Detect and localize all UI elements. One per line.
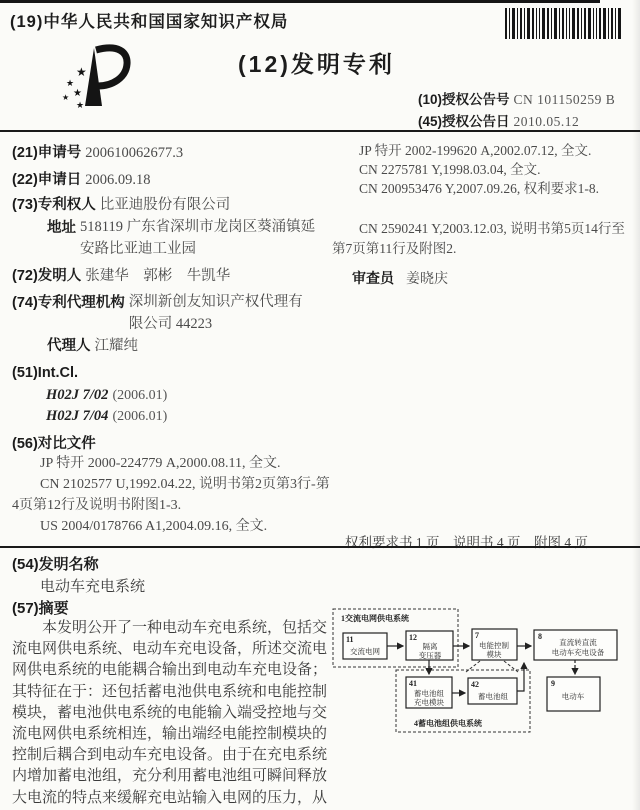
block-electric-vehicle-number: 9 (551, 679, 555, 688)
scan-top-edge-line (0, 0, 600, 3)
block-ac-grid-label: 交流电网 (350, 646, 380, 656)
int-cl-code-1: H02J 7/02 (46, 387, 108, 403)
block-power-control-module-number: 7 (475, 631, 479, 640)
application-number-row: (21)申请号 200610062677.3 (12, 141, 183, 162)
application-number-label: (21)申请号 (12, 145, 81, 161)
patent-office-line: (19)中华人民共和国国家知识产权局 (10, 8, 288, 32)
block-battery-charging-module-label-1: 蓄电池组 (414, 688, 444, 698)
body-divider-rule (0, 546, 640, 548)
int-cl-label: (51)Int.Cl. (12, 365, 78, 381)
agent-value: 江耀纯 (95, 338, 139, 354)
inventors-label: (72)发明人 (12, 268, 81, 284)
address-label: 地址 (47, 220, 76, 236)
invention-title-label: (54)发明名称 (12, 553, 99, 574)
pub-date-value: 2010.05.12 (514, 114, 580, 129)
pub-date-line: (45)授权公告日 2010.05.12 (418, 110, 579, 131)
examiner-label: 审查员 (352, 270, 394, 286)
citation-right-2: CN 2275781 Y,1998.03.04, 全文. (332, 160, 632, 180)
int-cl-heading: (51)Int.Cl. (12, 364, 78, 382)
int-cl-code-2: H02J 7/04 (46, 408, 108, 424)
pub-number-label: (10)授权公告号 (418, 92, 510, 107)
int-cl-date-2: (2006.01) (112, 409, 167, 424)
block-battery-pack-number: 42 (471, 680, 479, 689)
block-battery-charging-module-label-2: 充电模块 (414, 697, 444, 707)
svg-text:★: ★ (76, 65, 87, 79)
block-dc-dc-charging-device-number: 8 (538, 632, 542, 641)
patentee-label: (73)专利权人 (12, 197, 96, 213)
abstract-text: 本发明公开了一种电动车充电系统，包括交流电网供电系统、电动车充电设备，所述交流电… (12, 618, 327, 810)
abstract-label: (57)摘要 (12, 597, 69, 618)
sipo-logo: ★ ★ ★ ★ ★ (58, 44, 134, 114)
citation-right-3: CN 200953476 Y,2007.09.26, 权利要求1-8. (332, 179, 632, 199)
block-electric-vehicle-label: 电动车 (562, 691, 585, 701)
line-42-to-7-8-junction (517, 663, 524, 691)
agency-row: (74)专利代理机构 深圳新创友知识产权代理有限公司 44223 (12, 291, 305, 335)
block-power-control-module-label-2: 模块 (487, 649, 502, 659)
pages-summary-line: 权利要求书 1 页 说明书 4 页 附图 4 页 (345, 531, 588, 551)
int-cl-entry-1: H02J 7/02 (2006.01) (46, 386, 167, 404)
figure-1: 1交流电网供电系统 4蓄电池组供电系统 11 交流电网 12 隔离 变压器 7 … (330, 598, 640, 763)
block-isolation-transformer-number: 12 (409, 633, 417, 642)
citation-right-4: CN 2590241 Y,2003.12.03, 说明书第5页14行至第7页第1… (332, 219, 634, 259)
svg-text:★: ★ (66, 78, 74, 88)
group-battery-supply-label: 4蓄电池组供电系统 (414, 718, 482, 728)
pub-number-value: CN 101150259 B (514, 92, 616, 107)
header-divider-rule (0, 130, 640, 132)
block-battery-charging-module-number: 41 (409, 679, 417, 688)
group-ac-grid-supply-label: 1交流电网供电系统 (341, 613, 409, 623)
svg-text:★: ★ (62, 93, 69, 102)
agency-label: (74)专利代理机构 (12, 295, 125, 311)
block-power-control-module-label-1: 电能控制 (479, 640, 509, 650)
doc-kind-title: (12)发明专利 (238, 46, 395, 79)
application-date-label: (22)申请日 (12, 172, 81, 188)
inventors-row: (72)发明人 张建华 郭彬 牛凯华 (12, 264, 230, 285)
invention-title: 电动车充电系统 (40, 575, 145, 596)
citations-label: (56)对比文件 (12, 436, 96, 452)
svg-text:★: ★ (73, 88, 82, 99)
application-number-value: 200610062677.3 (85, 145, 183, 161)
agent-label: 代理人 (47, 338, 91, 354)
block-isolation-transformer-label-1: 隔离 (423, 641, 438, 651)
address-value: 518119 广东省深圳市龙岗区葵涌镇延安路比亚迪工业园 (80, 216, 323, 260)
citation-left-1: JP 特开 2000-224779 A,2000.08.11, 全文. (12, 453, 330, 474)
citation-right-1: JP 特开 2002-199620 A,2002.07.12, 全文. (332, 141, 632, 161)
block-isolation-transformer-label-2: 变压器 (419, 650, 442, 660)
block-battery-pack-label: 蓄电池组 (478, 691, 508, 701)
application-date-row: (22)申请日 2006.09.18 (12, 168, 151, 189)
citations-heading: (56)对比文件 (12, 432, 96, 453)
citation-left-2: CN 2102577 U,1992.04.22, 说明书第2页第3行-第4页第1… (12, 474, 330, 516)
examiner-value: 姜晓庆 (406, 272, 448, 287)
int-cl-date-1: (2006.01) (112, 388, 167, 403)
barcode (505, 8, 623, 39)
patentee-row: (73)专利权人 比亚迪股份有限公司 (12, 193, 230, 214)
address-row: 地址 518119 广东省深圳市龙岗区葵涌镇延安路比亚迪工业园 (47, 216, 323, 260)
agency-value: 深圳新创友知识产权代理有限公司 44223 (129, 291, 305, 335)
pub-date-label: (45)授权公告日 (418, 114, 510, 129)
agent-row: 代理人 江耀纯 (47, 334, 138, 355)
pub-number-line: (10)授权公告号 CN 101150259 B (418, 88, 615, 109)
examiner-row: 审查员 姜晓庆 (352, 268, 448, 288)
block-dc-dc-charging-device-label-1: 直流转直流 (559, 637, 597, 647)
application-date-value: 2006.09.18 (85, 172, 150, 188)
citation-left-3: US 2004/0178766 A1,2004.09.16, 全文. (12, 516, 330, 537)
block-ac-grid-number: 11 (346, 635, 354, 644)
inventors-value: 张建华 郭彬 牛凯华 (85, 268, 230, 284)
patent-cover-page: (19)中华人民共和国国家知识产权局 ★ ★ ★ ★ ★ (0, 0, 640, 810)
int-cl-entry-2: H02J 7/04 (2006.01) (46, 407, 167, 425)
patentee-value: 比亚迪股份有限公司 (100, 197, 231, 213)
svg-text:★: ★ (76, 100, 84, 110)
block-dc-dc-charging-device-label-2: 电动车充电设备 (552, 647, 605, 657)
